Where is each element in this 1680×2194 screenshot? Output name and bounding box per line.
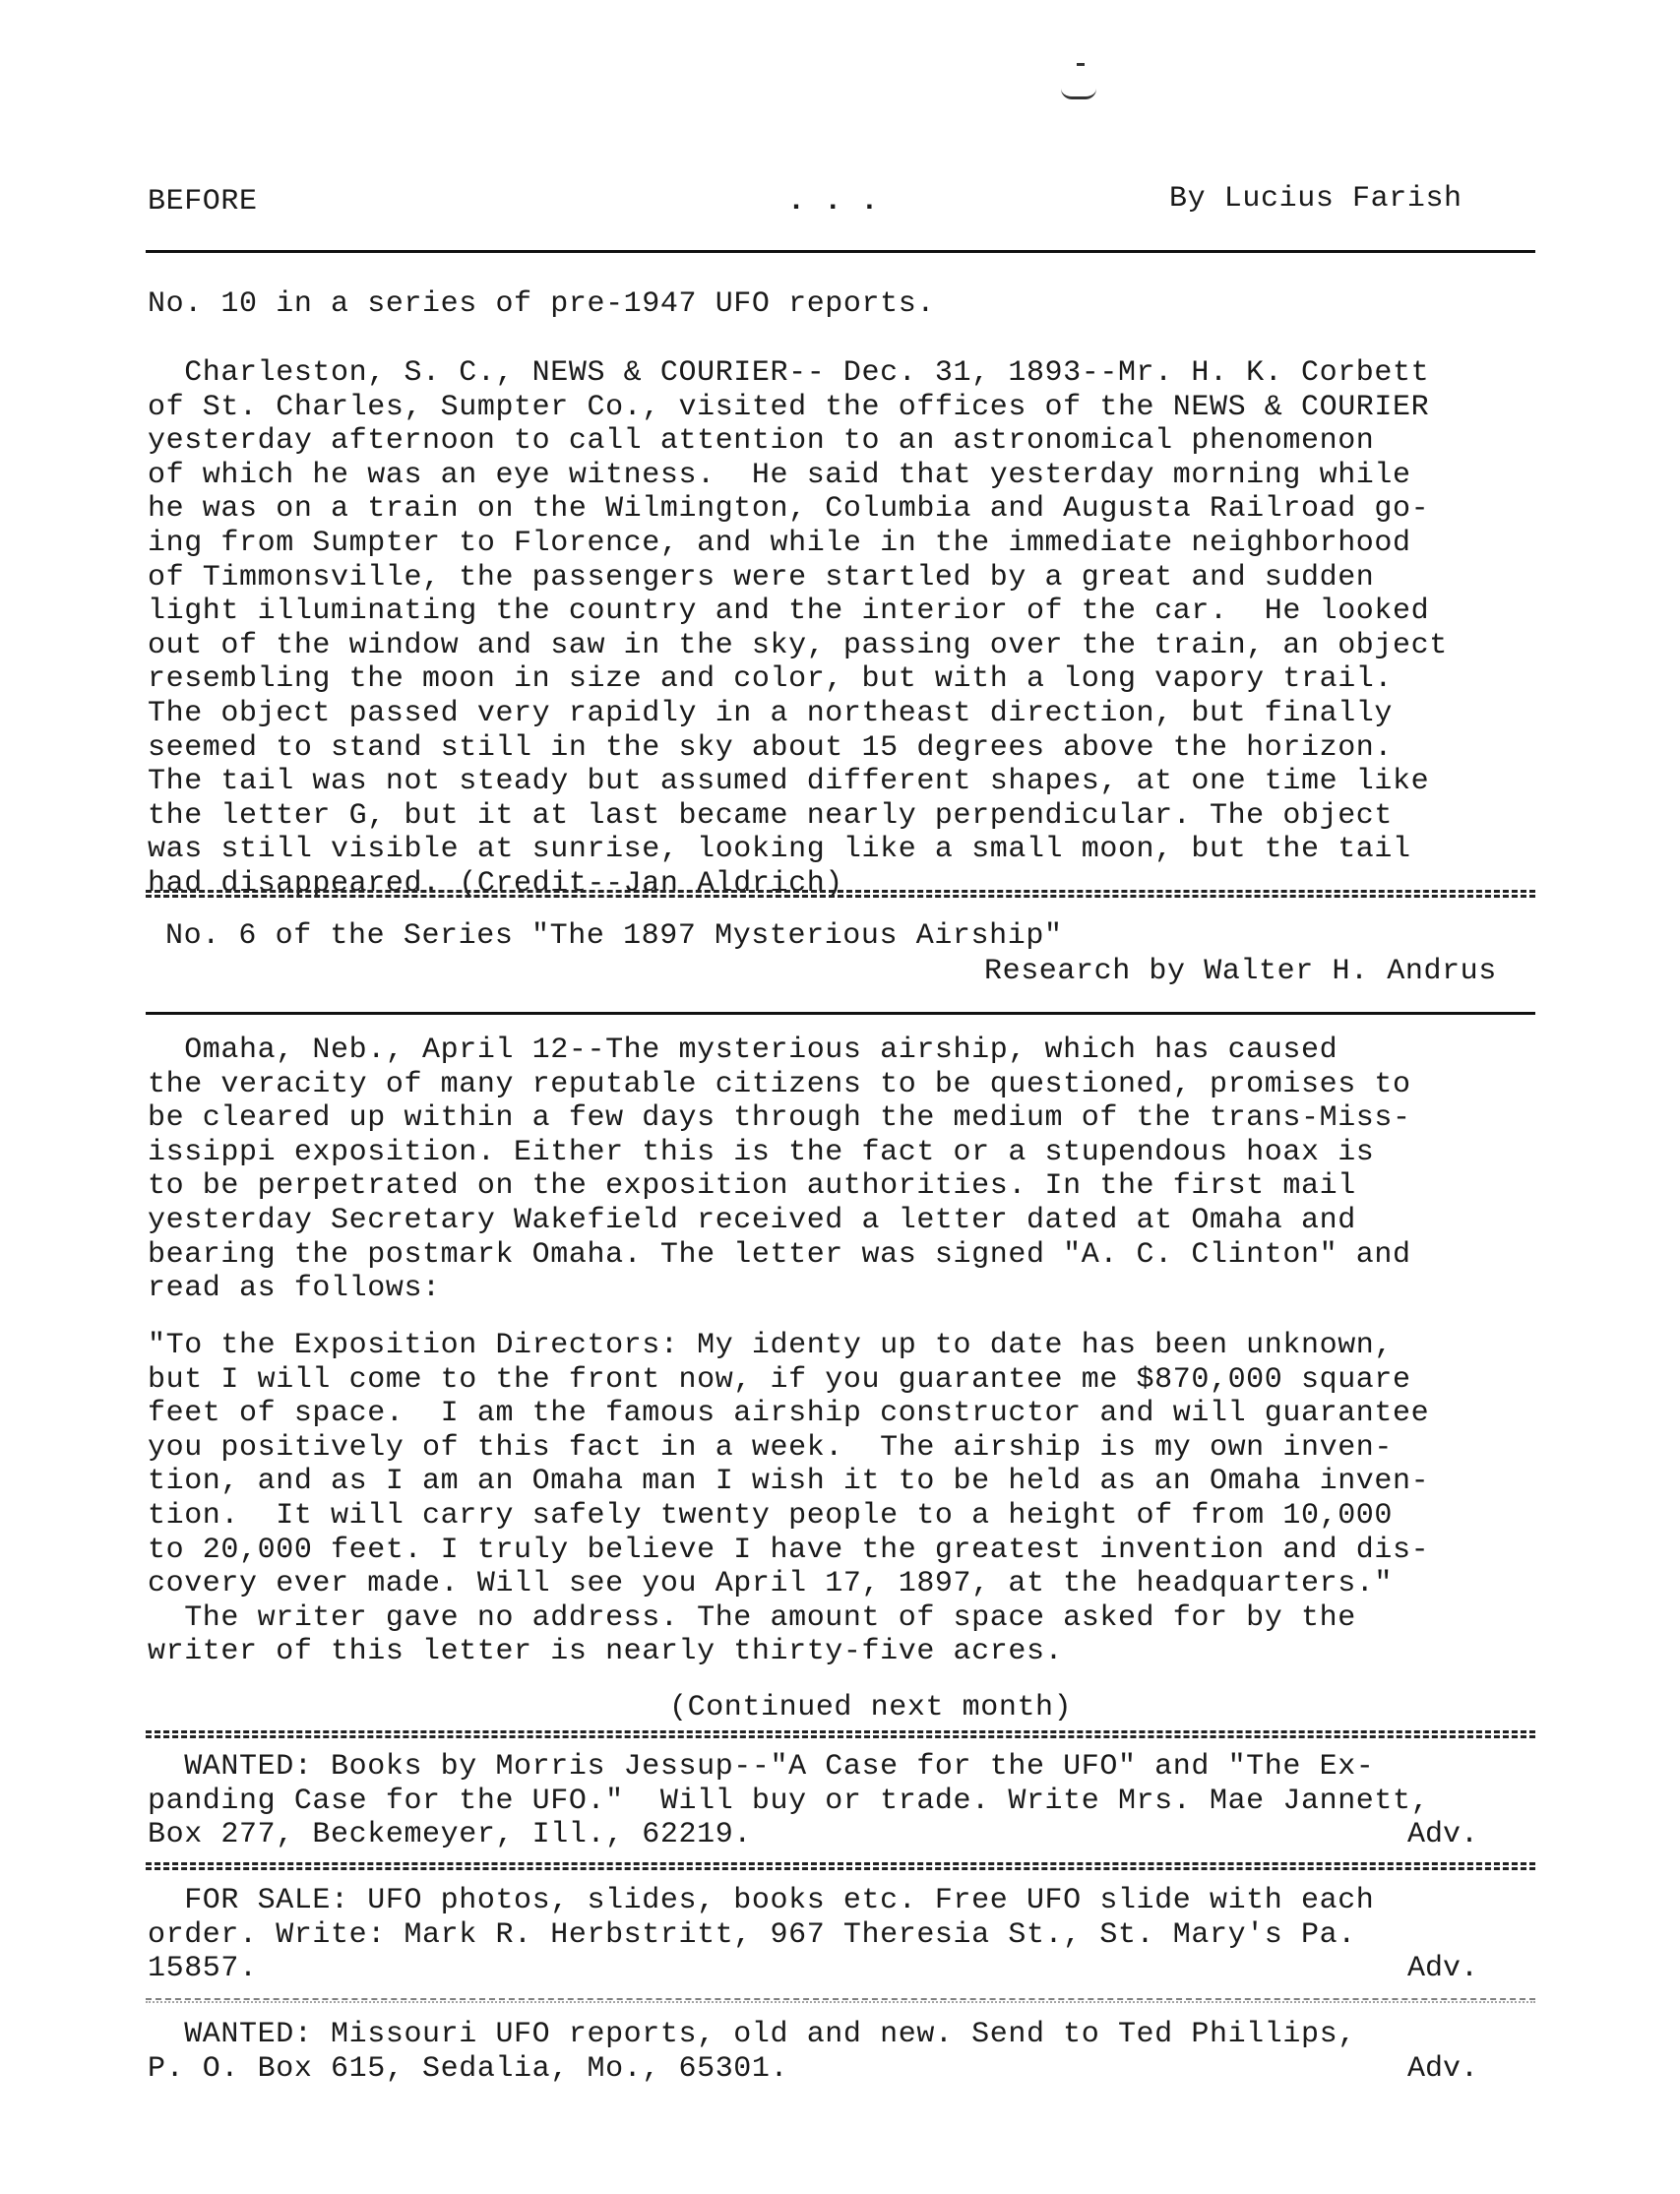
text-line: tion, and as I am an Omaha man I wish it… bbox=[148, 1465, 1525, 1499]
ad-line: 15857. bbox=[148, 1952, 1525, 1986]
series-note: No. 10 in a series of pre-1947 UFO repor… bbox=[148, 287, 935, 321]
text-line: the letter G, but it at last became near… bbox=[148, 799, 1525, 834]
text-line: of Timmonsville, the passengers were sta… bbox=[148, 561, 1525, 596]
section-divider bbox=[146, 1862, 1535, 1870]
text-line: be cleared up within a few days through … bbox=[148, 1101, 1525, 1136]
text-line: The writer gave no address. The amount o… bbox=[148, 1601, 1525, 1636]
section-divider bbox=[146, 890, 1535, 898]
ad-line: WANTED: Missouri UFO reports, old and ne… bbox=[148, 2018, 1525, 2052]
ad-line: WANTED: Books by Morris Jessup--"A Case … bbox=[148, 1750, 1525, 1785]
ad-line: panding Case for the UFO." Will buy or t… bbox=[148, 1785, 1525, 1819]
research-credit: Research by Walter H. Andrus bbox=[984, 955, 1497, 988]
byline: By Lucius Farish bbox=[1169, 182, 1462, 216]
article-2-intro: Omaha, Neb., April 12--The mysterious ai… bbox=[148, 1034, 1525, 1306]
section-divider bbox=[146, 1998, 1535, 2003]
text-line: tion. It will carry safely twenty people… bbox=[148, 1499, 1525, 1534]
text-line: "To the Exposition Directors: My identy … bbox=[148, 1329, 1525, 1363]
text-line: The tail was not steady but assumed diff… bbox=[148, 765, 1525, 799]
text-line: Charleston, S. C., NEWS & COURIER-- Dec.… bbox=[148, 356, 1525, 391]
classified-ad: FOR SALE: UFO photos, slides, books etc.… bbox=[148, 1884, 1525, 1986]
text-line: read as follows: bbox=[148, 1272, 1525, 1306]
series-title: No. 6 of the Series "The 1897 Mysterious… bbox=[165, 919, 1063, 953]
text-line: of which he was an eye witness. He said … bbox=[148, 459, 1525, 493]
ad-line: FOR SALE: UFO photos, slides, books etc.… bbox=[148, 1884, 1525, 1918]
text-line: you positively of this fact in a week. T… bbox=[148, 1431, 1525, 1466]
text-line: the veracity of many reputable citizens … bbox=[148, 1068, 1525, 1102]
ad-line: P. O. Box 615, Sedalia, Mo., 65301. bbox=[148, 2052, 1525, 2087]
text-line: of St. Charles, Sumpter Co., visited the… bbox=[148, 391, 1525, 425]
text-line: writer of this letter is nearly thirty-f… bbox=[148, 1635, 1525, 1669]
header-ellipsis: . . . bbox=[787, 185, 879, 219]
text-line: light illuminating the country and the i… bbox=[148, 595, 1525, 629]
scan-mark bbox=[1077, 63, 1085, 66]
text-line: to be perpetrated on the exposition auth… bbox=[148, 1169, 1525, 1204]
text-line: issippi exposition. Either this is the f… bbox=[148, 1136, 1525, 1170]
header-rule bbox=[146, 250, 1535, 253]
text-line: to 20,000 feet. I truly believe I have t… bbox=[148, 1534, 1525, 1568]
ad-line: Box 277, Beckemeyer, Ill., 62219. bbox=[148, 1818, 1525, 1852]
ad-line: order. Write: Mark R. Herbstritt, 967 Th… bbox=[148, 1918, 1525, 1953]
text-line: seemed to stand still in the sky about 1… bbox=[148, 731, 1525, 766]
ad-tag: Adv. bbox=[1407, 1818, 1478, 1851]
text-line: but I will come to the front now, if you… bbox=[148, 1363, 1525, 1398]
column-title: BEFORE bbox=[148, 185, 258, 219]
section-divider bbox=[146, 1730, 1535, 1738]
text-line: out of the window and saw in the sky, pa… bbox=[148, 629, 1525, 663]
scan-mark-arc bbox=[1061, 89, 1096, 99]
text-line: bearing the postmark Omaha. The letter w… bbox=[148, 1238, 1525, 1273]
text-line: yesterday Secretary Wakefield received a… bbox=[148, 1204, 1525, 1238]
text-line: The object passed very rapidly in a nort… bbox=[148, 697, 1525, 731]
classified-ad: WANTED: Missouri UFO reports, old and ne… bbox=[148, 2018, 1525, 2086]
continued-note: (Continued next month) bbox=[669, 1691, 1072, 1724]
text-line: Omaha, Neb., April 12--The mysterious ai… bbox=[148, 1034, 1525, 1068]
text-line: resembling the moon in size and color, b… bbox=[148, 662, 1525, 697]
ad-tag: Adv. bbox=[1407, 2052, 1478, 2086]
letter-quote: "To the Exposition Directors: My identy … bbox=[148, 1329, 1525, 1669]
article-1-body: Charleston, S. C., NEWS & COURIER-- Dec.… bbox=[148, 356, 1525, 902]
text-line: covery ever made. Will see you April 17,… bbox=[148, 1567, 1525, 1601]
series-rule bbox=[146, 1012, 1535, 1015]
text-line: ing from Sumpter to Florence, and while … bbox=[148, 527, 1525, 561]
text-line: feet of space. I am the famous airship c… bbox=[148, 1397, 1525, 1431]
ad-tag: Adv. bbox=[1407, 1952, 1478, 1985]
text-line: yesterday afternoon to call attention to… bbox=[148, 424, 1525, 459]
text-line: he was on a train on the Wilmington, Col… bbox=[148, 492, 1525, 527]
classified-ad: WANTED: Books by Morris Jessup--"A Case … bbox=[148, 1750, 1525, 1852]
text-line: was still visible at sunrise, looking li… bbox=[148, 833, 1525, 867]
